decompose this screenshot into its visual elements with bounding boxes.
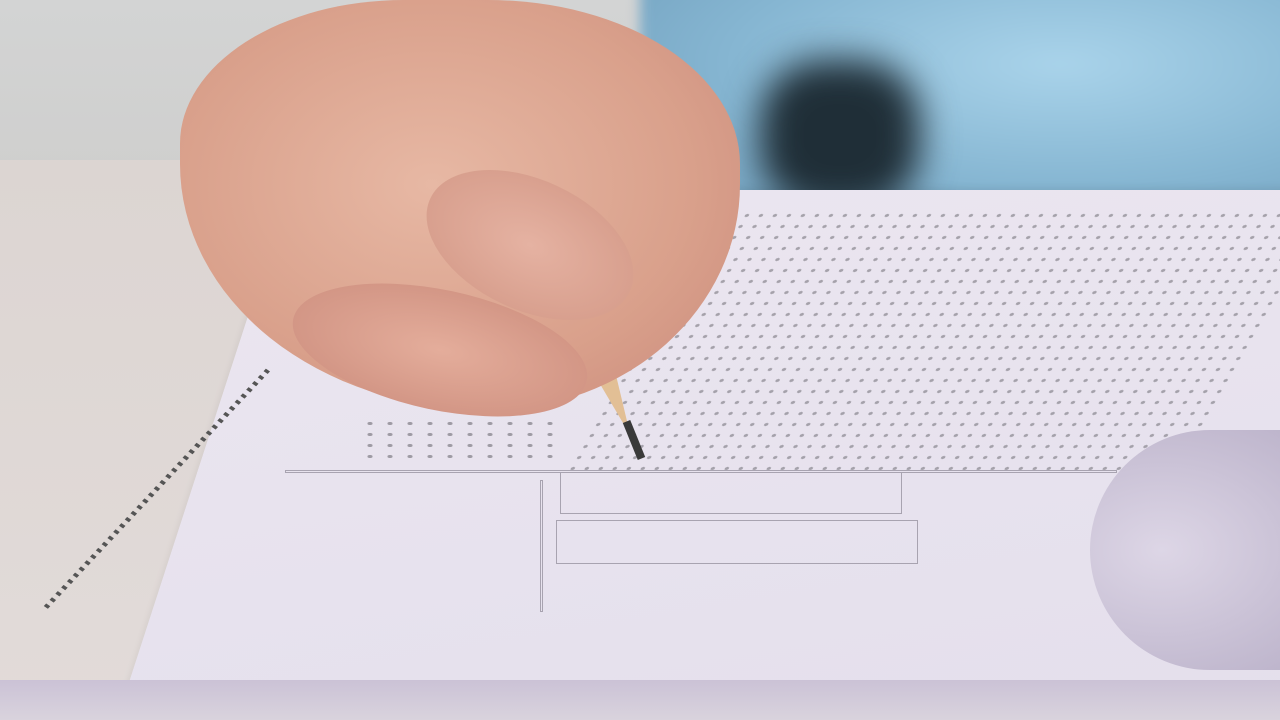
sheet-edge [0,680,1280,720]
shadow [760,60,920,210]
answer-bubbles-section-c [360,418,560,462]
photo-scene: Close-up photo of a hand holding a yello… [0,0,1280,720]
sheet-divider-vertical [540,480,543,612]
sheet-field-box [560,472,902,514]
sheet-field-box [556,520,918,564]
